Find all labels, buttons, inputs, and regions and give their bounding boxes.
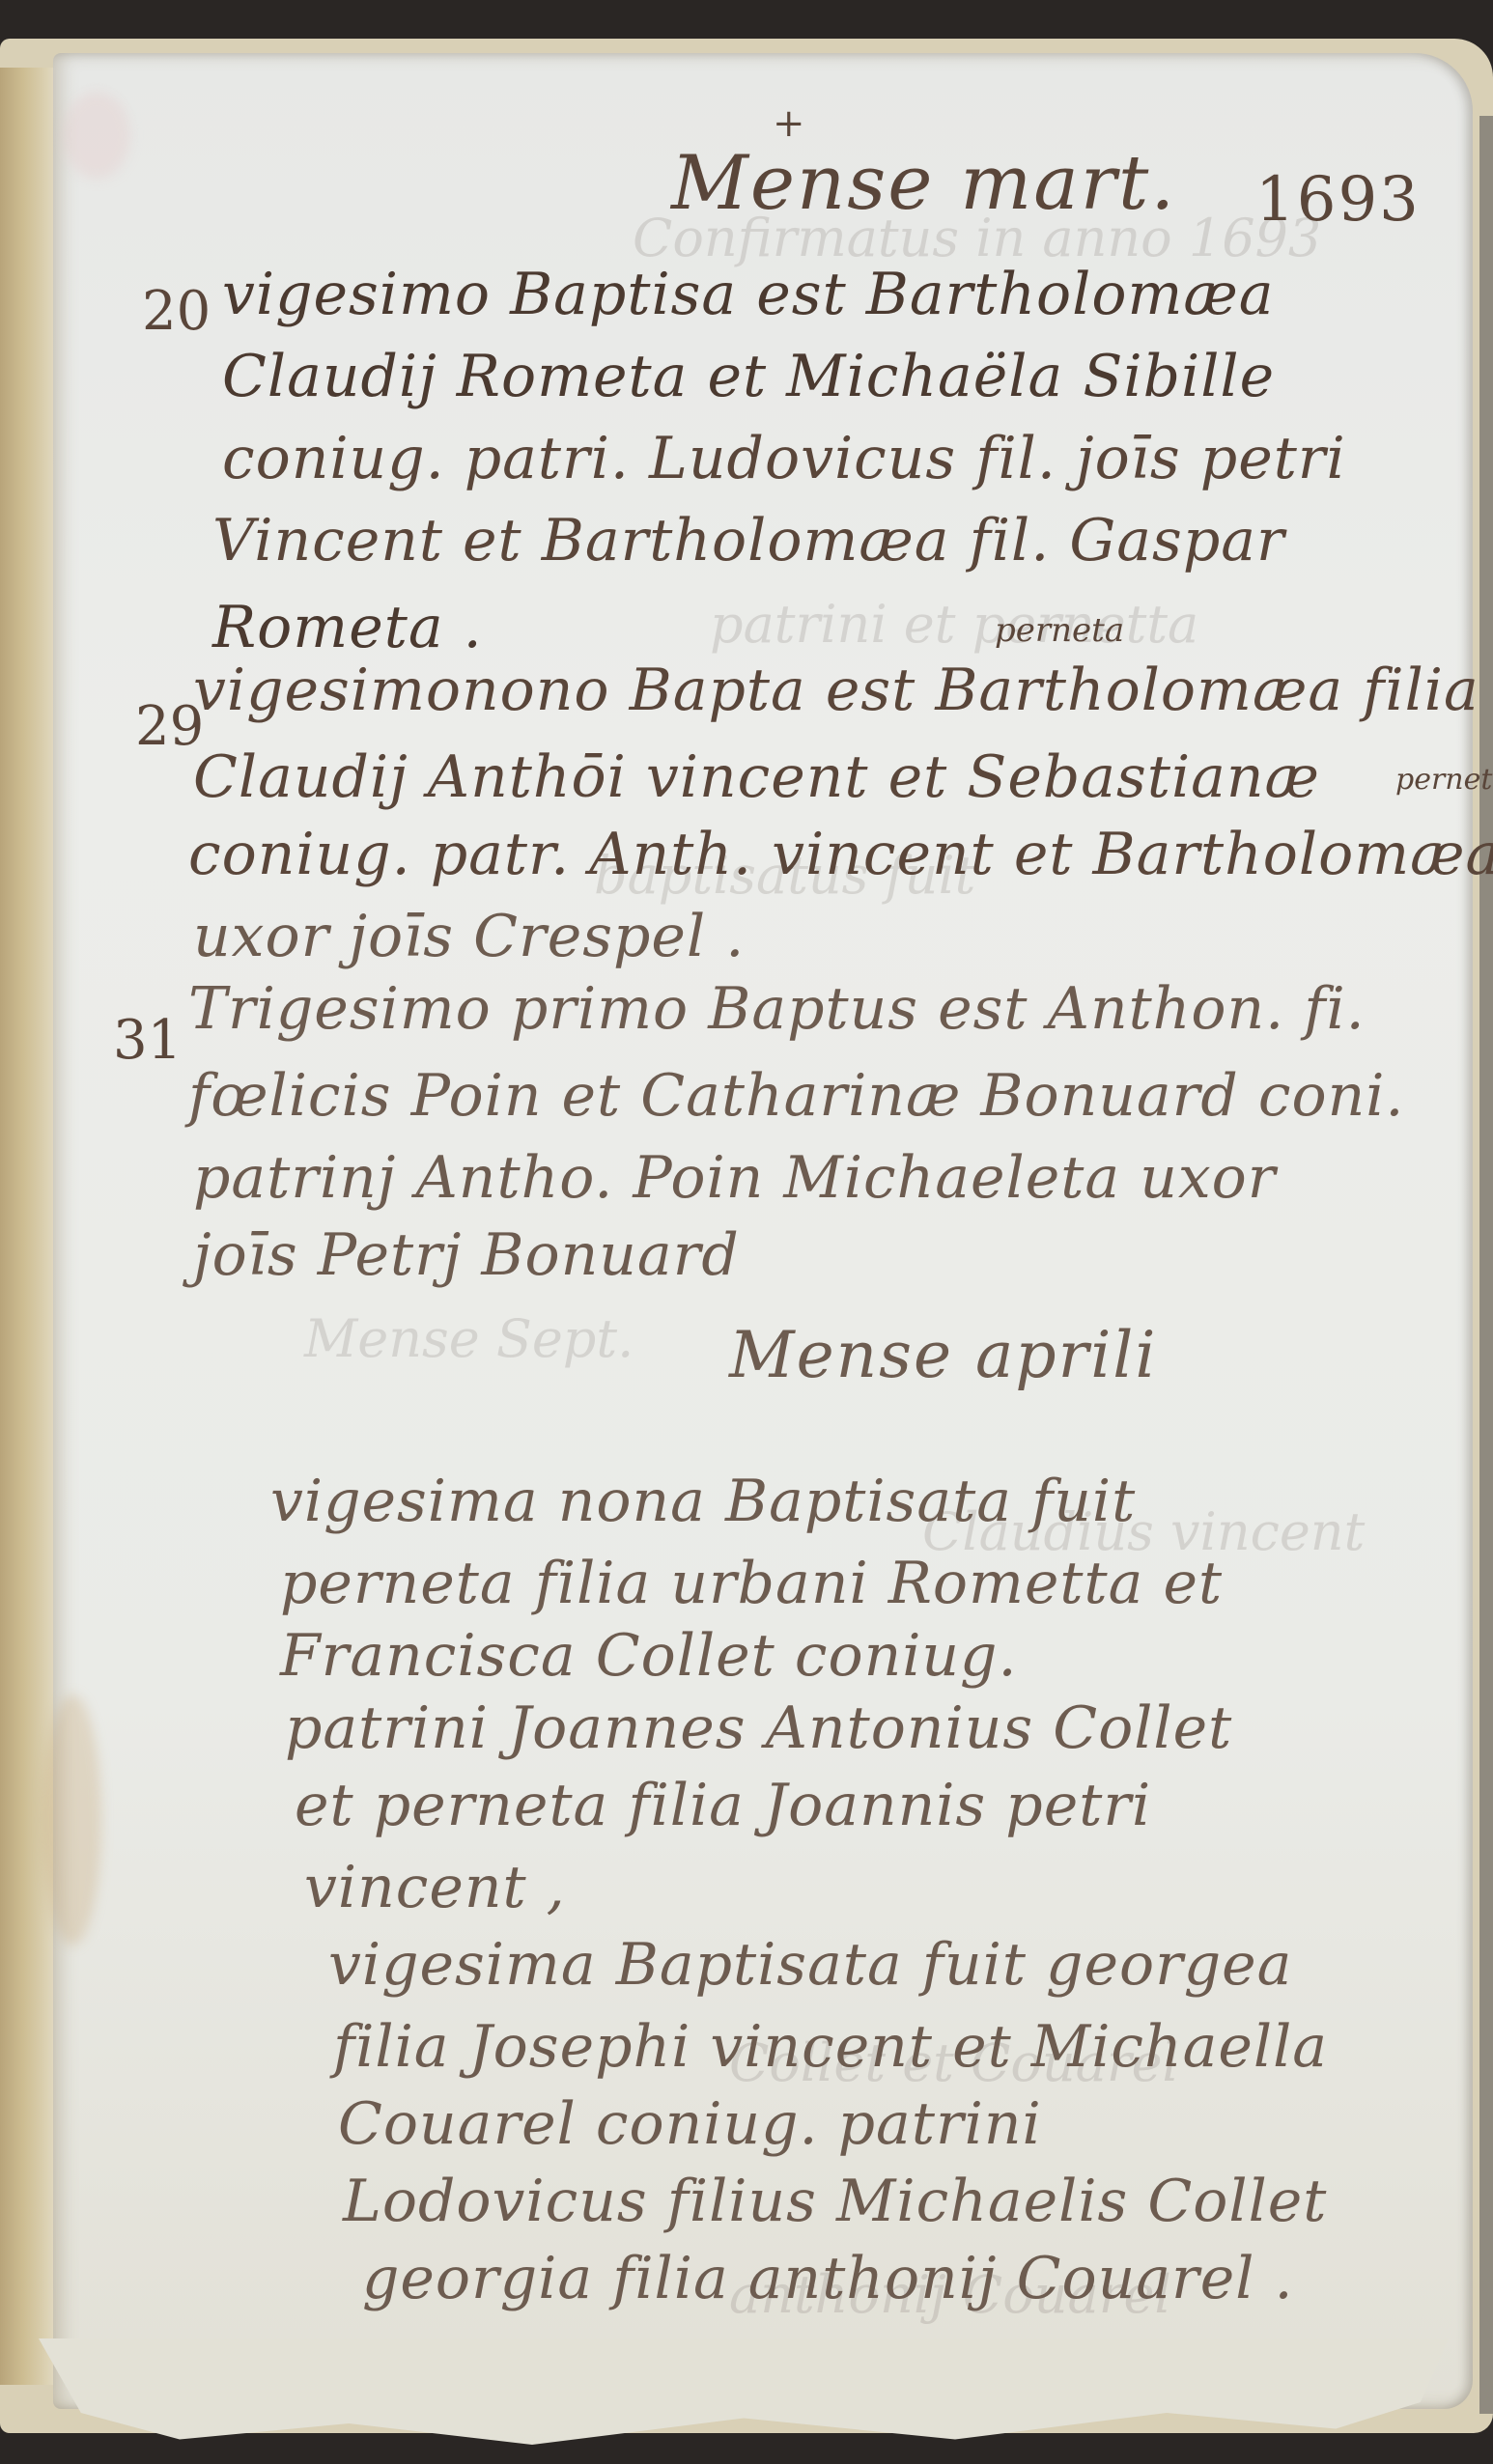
entry-line: Francisca Collet coniug.	[280, 1622, 1018, 1690]
entry-line: Couarel coniug. patrini	[338, 2090, 1042, 2158]
binding-edge	[0, 68, 58, 2385]
year-heading: 1693	[1255, 164, 1421, 236]
entry-line: vincent ,	[304, 1854, 566, 1921]
superscript-correction: perneta	[995, 611, 1124, 650]
entry-day: 31	[113, 1009, 182, 1072]
entry-line: fœlicis Poin et Catharinæ Bonuard coni.	[188, 1062, 1404, 1130]
entry-line: joīs Petrj Bonuard	[193, 1221, 740, 1289]
entry-line: vigesimo Baptisa est Bartholomæa	[222, 261, 1275, 328]
entry-line: Rometa .	[212, 594, 483, 661]
entry-line: vigesima Baptisata fuit georgea	[328, 1931, 1292, 1999]
manuscript-page: Confirmatus in anno 1693 patrini et pern…	[53, 53, 1473, 2409]
entry-line: coniug. patri. Ludovicus fil. joīs petri	[222, 425, 1346, 492]
entry-line: georgia filia anthonij Couarel .	[362, 2245, 1294, 2312]
entry-line: vigesima nona Baptisata fuit	[270, 1468, 1136, 1535]
entry-line: Vincent et Bartholomæa fil. Gaspar	[212, 507, 1285, 574]
entry-line: patrini Joannes Antonius Collet	[285, 1694, 1232, 1762]
entry-line: patrinj Antho. Poin Michaeleta uxor	[193, 1144, 1276, 1212]
entry-line: uxor joīs Crespel .	[193, 903, 745, 970]
month-heading-march: Mense mart.	[671, 140, 1176, 227]
month-heading-april: Mense aprili	[729, 1318, 1158, 1392]
entry-line: vigesimonono Bapta est Bartholomæa filia	[193, 657, 1479, 724]
entry-line: Lodovicus filius Michaelis Collet	[343, 2168, 1327, 2235]
water-stain	[43, 1694, 101, 1946]
entry-day: 20	[142, 280, 211, 343]
entry-line: Claudij Anthōi vincent et Sebastianæ	[193, 743, 1320, 811]
entry-line: coniug. patr. Anth. vincent et Bartholom…	[188, 821, 1493, 888]
paper-patch	[63, 92, 130, 179]
margin-correction: perneta	[1395, 763, 1493, 797]
entry-line: Claudij Rometa et Michaëla Sibille	[222, 343, 1275, 410]
entry-line: et perneta filia Joannis petri	[295, 1772, 1151, 1839]
entry-line: Trigesimo primo Baptus est Anthon. fi.	[188, 975, 1366, 1043]
entry-line: filia Josephi vincent et Michaella	[333, 2013, 1328, 2081]
next-page-edge	[1479, 116, 1493, 2414]
entry-line: perneta filia urbani Rometta et	[280, 1550, 1223, 1617]
